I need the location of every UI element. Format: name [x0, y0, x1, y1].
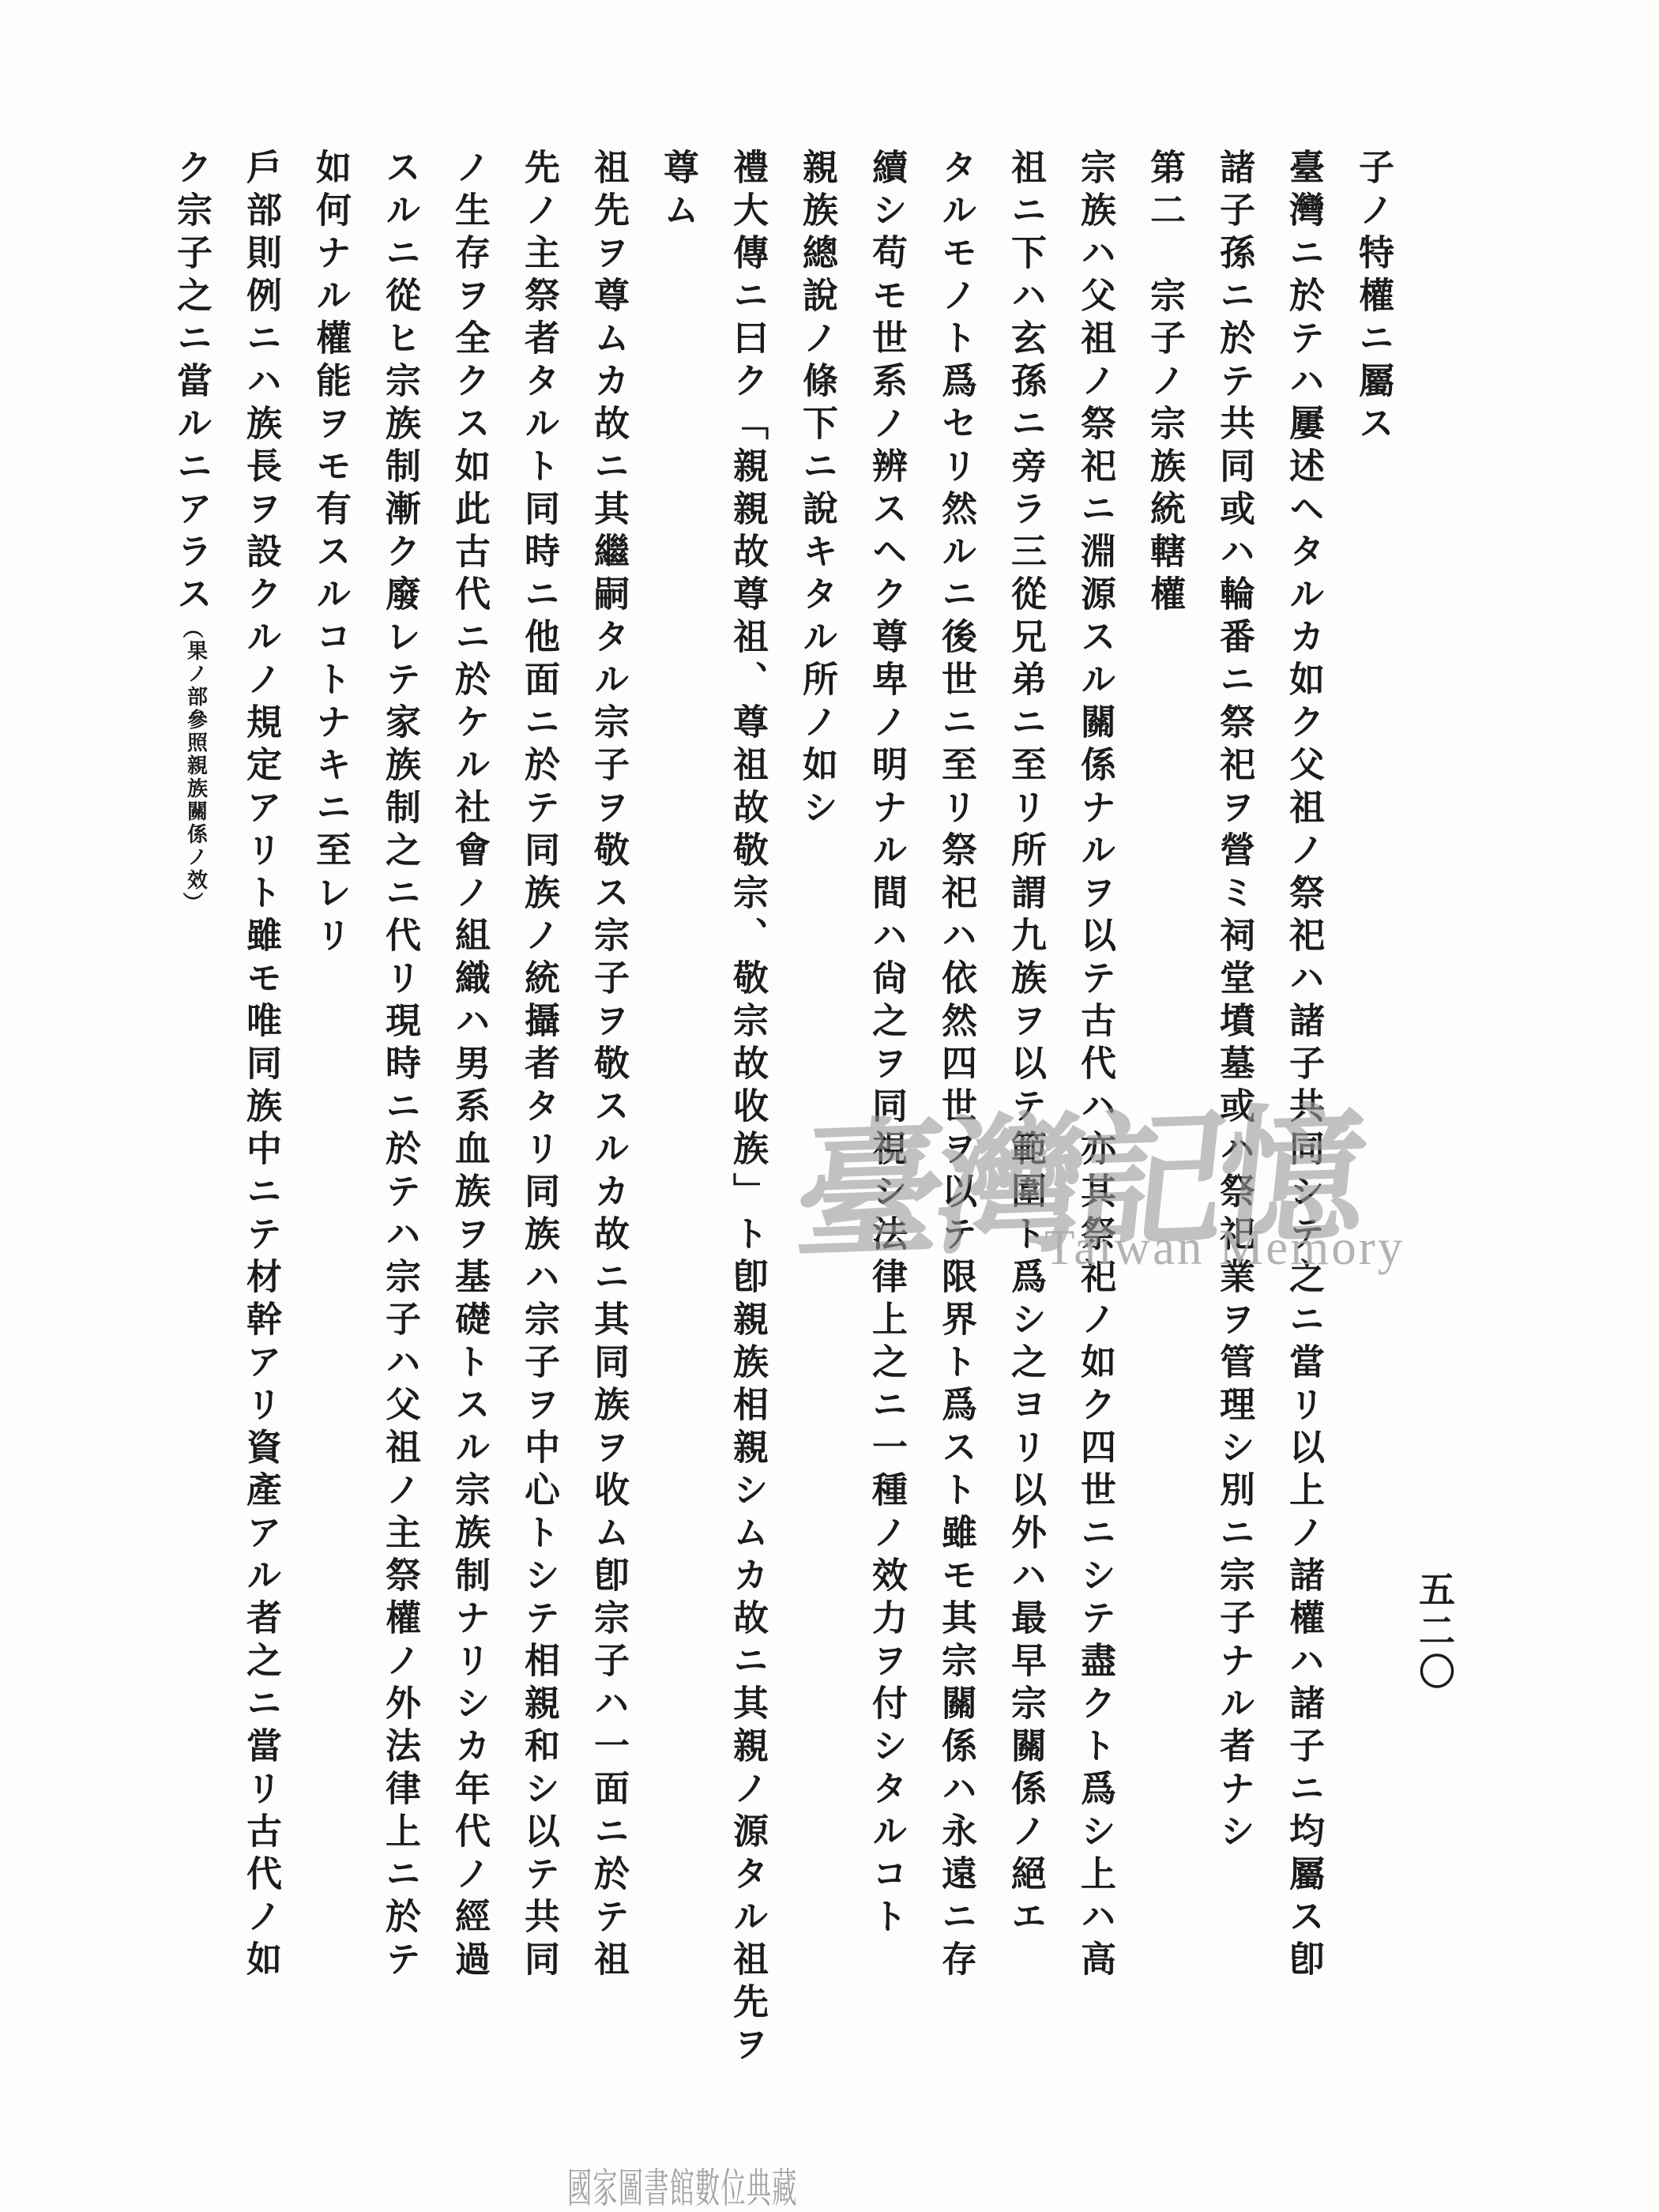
text-column-15: 如何ナル權能ヲモ有スルコトナキニ至レリ — [295, 149, 365, 2084]
page-number: 五二〇 — [1408, 1571, 1460, 1694]
text-column-5: 宗族ハ父祖ノ祭祀ニ淵源スル關係ナルヲ以テ古代ハ亦其祭祀ノ如ク四世ニシテ盡クト爲シ… — [1060, 149, 1130, 2084]
text-column-12: 先ノ主祭者タルト同時ニ他面ニ於テ同族ノ統攝者タリ同族ハ宗子ヲ中心トシテ相親和シ以… — [504, 149, 574, 2084]
column-17-main: ク宗子之ニ當ルニアラス — [171, 149, 211, 618]
text-column-10: 禮大傳ニ曰ク「親親故尊祖、尊祖故敬宗、敬宗故收族」ト卽親族相親シムカ故ニ其親ノ源… — [643, 149, 782, 2084]
text-column-7: タルモノト爲セリ然ルニ後世ニ至リ祭祀ハ依然四世ヲ以テ限界ト爲スト雖モ其宗關係ハ永… — [921, 149, 991, 2084]
text-column-8: 續シ苟モ世系ノ辨スヘク尊卑ノ明ナル間ハ尙之ヲ同視シ法律上之ニ一種ノ效力ヲ付シタル… — [852, 149, 921, 2084]
text-column-11: 祖先ヲ尊ムカ故ニ其繼嗣タル宗子ヲ敬ス宗子ヲ敬スルカ故ニ其同族ヲ收ム卽宗子ハ一面ニ… — [574, 149, 643, 2084]
text-column-3: 諸子孫ニ於テ共同或ハ輪番ニ祭祀ヲ營ミ祠堂墳墓或ハ祭祀業ヲ管理シ別ニ宗子ナル者ナシ — [1199, 149, 1269, 2084]
text-column-17: ク宗子之ニ當ルニアラス（親族關係ノ效果ノ部參照） — [156, 149, 226, 2084]
note-open-paren: （ — [180, 618, 203, 640]
section-number: 第二 — [1145, 149, 1184, 234]
text-column-16: 戶部則例ニハ族長ヲ設クルノ規定アリト雖モ唯同族中ニテ材幹アリ資產アル者之ニ當リ古… — [226, 149, 295, 2084]
section-gap — [1145, 234, 1184, 276]
section-title: 宗子ノ宗族統轄權 — [1145, 276, 1184, 618]
text-column-9: 親族總說ノ條下ニ說キタル所ノ如シ — [782, 149, 852, 2084]
note-lines: 親族關係ノ效果ノ部參照 — [185, 640, 206, 892]
note-line-1: 親族關係ノ效 — [185, 754, 206, 892]
inline-note: （親族關係ノ效果ノ部參照） — [180, 618, 203, 914]
text-column-13: ノ生存ヲ全クス如此古代ニ於ケル社會ノ組織ハ男系血族ヲ基礎トスル宗族制ナリシカ年代… — [434, 149, 504, 2084]
section-heading: 第二 宗子ノ宗族統轄權 — [1130, 149, 1199, 2084]
note-line-2: 果ノ部參照 — [185, 640, 206, 754]
main-text-block: 子ノ特權ニ屬ス 臺灣ニ於テハ屢述ヘタルカ如ク父祖ノ祭祀ハ諸子共同シテ之ニ當リ以上… — [156, 149, 1408, 2084]
text-column-1: 子ノ特權ニ屬ス — [1338, 149, 1408, 2084]
text-column-14: スルニ從ヒ宗族制漸ク廢レテ家族制之ニ代リ現時ニ於テハ宗子ハ父祖ノ主祭權ノ外法律上… — [365, 149, 434, 2084]
text-column-6: 祖ニ下ハ玄孫ニ旁ラ三從兄弟ニ至リ所謂九族ヲ以テ範圍ト爲シ之ヨリ以外ハ最早宗關係ノ… — [991, 149, 1060, 2084]
national-central-library-footer-watermark: 國家圖書館數位典藏 — [567, 2155, 798, 2212]
text-column-2: 臺灣ニ於テハ屢述ヘタルカ如ク父祖ノ祭祀ハ諸子共同シテ之ニ當リ以上ノ諸權ハ諸子ニ均… — [1269, 149, 1338, 2084]
scanned-page: 子ノ特權ニ屬ス 臺灣ニ於テハ屢述ヘタルカ如ク父祖ノ祭祀ハ諸子共同シテ之ニ當リ以上… — [0, 0, 1659, 2212]
note-close-paren: ） — [180, 892, 203, 914]
